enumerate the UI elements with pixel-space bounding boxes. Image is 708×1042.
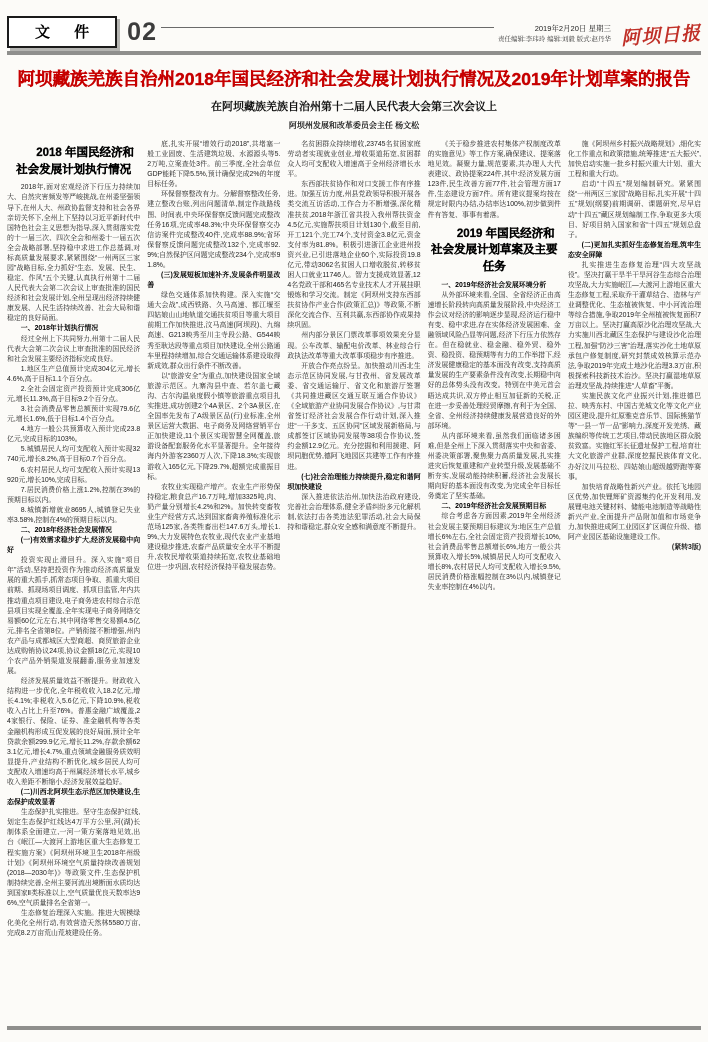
paragraph: 启动“十四五”规划编制研究。紧紧围绕“一州两区三家园”战略目标,扎实开展“十四五…	[568, 180, 701, 240]
paragraph: 扎实推进生态修复治理“四大攻坚战役”。坚决打赢干旱半干旱河谷生态综合治理攻坚战,…	[568, 261, 701, 392]
page-header: 文 件 02 2019年2月20日 星期三 责任编辑:李玮玲 编辑:刘毅 版式:…	[7, 0, 701, 48]
section-heading: 2018 年国民经济和社会发展计划执行情况	[9, 145, 138, 178]
subsection-heading: 二、2018年经济社会发展情况	[7, 526, 140, 536]
paragraph: 从内部环境来看,虽然我们面临诸多困难,但是全州上下深入贯彻落实中央和省委、州委决…	[428, 432, 561, 503]
article-subtitle: 在阿坝藏族羌族自治州第十二届人民代表大会第三次会议上	[7, 98, 701, 114]
section-label: 文 件	[7, 16, 117, 48]
header-rule	[7, 51, 701, 55]
date-line: 2019年2月20日 星期三	[498, 23, 611, 35]
subsection-heading: (七)社会治理能力持续提升,稳定和谐阿坝加快建设	[287, 473, 420, 493]
paragraph: 州内部分景区门票改革事项效果充分显现。公车改革、输配电价改革、林业综合行政执法改…	[287, 331, 420, 361]
paragraph: 6.农村居民人均可支配收入预计实现13920元,增长10%,完成目标。	[7, 466, 140, 486]
paragraph: 环保督察整改有力。分解督察整改任务,建立整改台账,列出问题清单,制定作战路线图、…	[147, 190, 280, 271]
paragraph: 2018年,面对宏观经济下行压力持续加大、自然灾害频发等严峻挑战,在州委坚强领导…	[7, 183, 140, 324]
paragraph: 《关于稳步推进农村集体产权制度改革的实施意见》等工作方案,确保建议、提案落地见效…	[428, 140, 561, 221]
article-title: 阿坝藏族羌族自治州2018年国民经济和社会发展计划执行情况及2019年计划草案的…	[7, 66, 701, 91]
page-number: 02	[127, 18, 157, 47]
paragraph: 综合考虑各方面因素,2019年全州经济社会发展主要预期目标建议为:地区生产总值增…	[428, 512, 561, 593]
paragraph: 农牧业实现稳产增产。农业生产形势保持稳定,粮食总产16.7万吨,增加3325吨,…	[147, 483, 280, 574]
paragraph: 8.城镇新增就业8695人,城镇登记失业率3.58%,控制在4%的预期目标以内。	[7, 506, 140, 526]
page-footer-rule	[7, 1026, 701, 1030]
section-heading: 2019 年国民经济和社会发展计划草案及主要任务	[430, 226, 559, 276]
text-column-5: 施《阿坝州乡村振兴战略规划》,细化实化工作重点和政策措施,统筹推进“五大振兴”,…	[568, 140, 701, 996]
newspaper-page: 文 件 02 2019年2月20日 星期三 责任编辑:李玮玲 编辑:刘毅 版式:…	[0, 0, 708, 1042]
text-column-4: 《关于稳步推进农村集体产权制度改革的实施意见》等工作方案,确保建议、提案落地见效…	[428, 140, 561, 996]
header-right: 2019年2月20日 星期三 责任编辑:李玮玲 编辑:刘毅 版式:赵丹华 阿坝日…	[498, 21, 701, 48]
newspaper-logo: 阿坝日报	[620, 18, 702, 51]
paragraph: 底,扎实开展“增效行动2018”,共堵塞一般工业固废、生活建筑垃圾、水源源头等5…	[147, 140, 280, 190]
subsection-heading: 二、2019年经济社会发展预期目标	[428, 502, 561, 512]
paragraph: 绿色交通体系加快构建。深入实施“交通大会战”,成西铁路、久马高速、都江堰至四姑娘…	[147, 291, 280, 372]
paragraph: 投资实现止滑回升。深入实施“项目年”活动,坚持把投资作为推动经济高质量发展的重大…	[7, 556, 140, 677]
paragraph: 开放合作亮点纷呈。加快推动川西北生态示范区协同发展,与甘孜州、省发展改革委、省交…	[287, 362, 420, 473]
paragraph: 生态修复治理深入实施。推进大规模绿化美化全州行动,有效营造天然林5580万亩,完…	[7, 909, 140, 939]
subsection-heading: (二)川西北阿坝生态示范区加快建设,生态保护成效显著	[7, 788, 140, 808]
paragraph: 实施民族文化产业振兴计划,推进德巴拉、映秀东村、中国古羌城文化等文化产业园区建设…	[568, 392, 701, 483]
paragraph: 以“旅游安全”为重点,加快建设国家全域旅游示范区。九寨沟县中查、若尔盖七藏沟、古…	[147, 372, 280, 483]
text-column-1: 2018 年国民经济和社会发展计划执行情况2018年,面对宏观经济下行压力持续加…	[7, 140, 140, 996]
paragraph: 施《阿坝州乡村振兴战略规划》,细化实化工作重点和政策措施,统筹推进“五大振兴”,…	[568, 140, 701, 180]
paragraph: 1.地区生产总值预计完成304亿元,增长4.6%,高于目标1.1个百分点。	[7, 365, 140, 385]
paragraph: 5.城镇居民人均可支配收入预计实现32740元,增长8.2%,高于目标0.7个百…	[7, 445, 140, 465]
paragraph: 生态保护扎实推进。坚守生态保护红线,划定生态保护红线达4万平方公里,河(湖)长制…	[7, 808, 140, 909]
continuation-note: (紧转3版)	[568, 543, 701, 553]
header-left: 文 件 02	[7, 16, 498, 48]
article-columns: 2018 年国民经济和社会发展计划执行情况2018年,面对宏观经济下行压力持续加…	[7, 140, 701, 996]
article-byline: 阿坝州发展和改革委员会主任 杨文松	[7, 120, 701, 131]
paragraph: 名贫困群众持续增收,23745名贫困家庭劳动者实现就业创业,增收渠道拓宽,贫困群…	[287, 140, 420, 180]
subsection-heading: (二)更加扎实抓好生态修复治理,筑牢生态安全屏障	[568, 241, 701, 261]
paragraph: 2.全社会固定资产投资预计完成306亿元,增长11.3%,高于目标9.2个百分点…	[7, 385, 140, 405]
paragraph: 经济发展质量效益不断提升。财政收入结构进一步优化,全年税收收入18.2亿元,增长…	[7, 677, 140, 788]
paragraph: 加快培育战略性新兴产业。依托飞地园区优势,加快锂辉矿资源集约化开发利用,发展锂电…	[568, 483, 701, 543]
paragraph: 经过全州上下共同努力,州第十二届人民代表大会第二次会议上审查批准的国民经济和社会…	[7, 335, 140, 365]
subsection-heading: 一、2019年经济社会发展环境分析	[428, 281, 561, 291]
paragraph: 3.社会消费品零售总额预计实现79.6亿元,增长1.6%,低于目标1.4个百分点…	[7, 405, 140, 425]
paragraph: 从外部环境来看,全国、全省经济正由高速增长阶段转向高质量发展阶段,中央经济工作会…	[428, 291, 561, 432]
paragraph: 4.地方一般公共预算收入预计完成23.8亿元,完成目标的103%。	[7, 425, 140, 445]
subsection-heading: 一、2018年计划执行情况	[7, 324, 140, 334]
paragraph: 深入推进依法治州,加快法治政府建设,完善社会治理体系,健全矛盾纠纷多元化解机制,…	[287, 493, 420, 533]
text-column-2: 底,扎实开展“增效行动2018”,共堵塞一般工业固废、生活建筑垃圾、水源源头等5…	[147, 140, 280, 996]
paragraph: 东西部扶贫协作和对口支援工作有序推进。加强互访力度,州县党政领导积极开展各类交流…	[287, 180, 420, 331]
subsection-heading: (一)有效需求稳步扩大,经济发展稳中向好	[7, 536, 140, 556]
paragraph: 7.居民消费价格上涨1.2%,控制在3%的预期目标以内。	[7, 486, 140, 506]
header-divider-line	[161, 27, 494, 28]
staff-credits: 责任编辑:李玮玲 编辑:刘毅 版式:赵丹华	[498, 35, 611, 45]
subsection-heading: (三)发展短板加速补齐,发展条件明显改善	[147, 271, 280, 291]
text-column-3: 名贫困群众持续增收,23745名贫困家庭劳动者实现就业创业,增收渠道拓宽,贫困群…	[287, 140, 420, 996]
